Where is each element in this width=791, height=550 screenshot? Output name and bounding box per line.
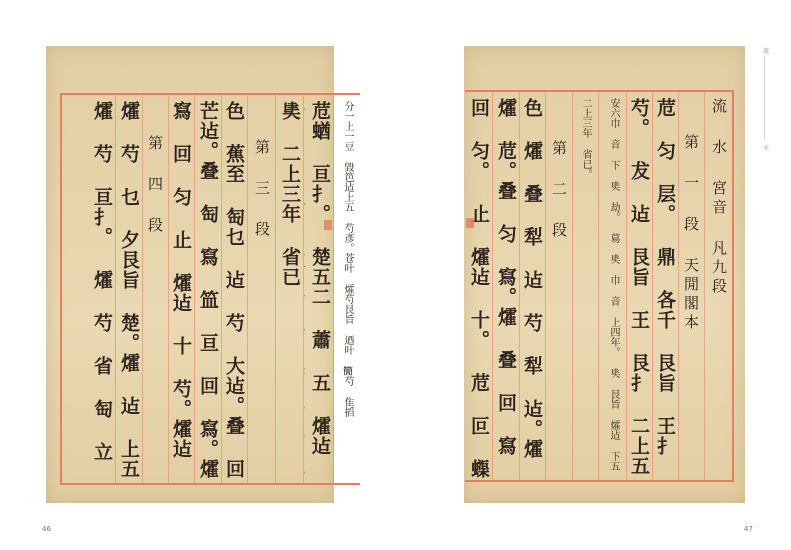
ruled-frame-left: 分一上一豆 毀笆迠上五 芍彥。苍叶 㸌芍艮旨 迺叶 𥳑芍 隹搯 苊蝤 亘扌。 楚… xyxy=(60,93,360,485)
manuscript-column: 芒迠。叠 匋 寫 笽 亘 回 寫。㸌 叠 匋 犁 寫 寫。笽 堂 回 莒 寫 xyxy=(194,95,221,483)
manuscript-column: 奊 二上三年 省已 xyxy=(275,95,303,483)
section-heading: 第 四 段 xyxy=(142,95,168,483)
section-heading: 第 二 段 xyxy=(545,92,572,480)
manuscript-column: 二上三年 省已。 xyxy=(572,92,598,480)
running-margin-label: 流 水 xyxy=(759,46,777,151)
margin-label-top: 流 xyxy=(763,46,769,55)
section-heading: 第 三 段 xyxy=(247,95,275,483)
manuscript-page-left: 分一上一豆 毀笆迠上五 芍彥。苍叶 㸌芍艮旨 迺叶 𥳑芍 隹搯 苊蝤 亘扌。 楚… xyxy=(46,46,334,503)
column-grid-left: 分一上一豆 毀笆迠上五 芍彥。苍叶 㸌芍艮旨 迺叶 𥳑芍 隹搯 苊蝤 亘扌。 楚… xyxy=(62,95,360,483)
manuscript-column: 色 蕉至 匋乜 迠 芍 大迠。叠 回 寫 佥 迠 屆 匚。叠 查 层 勺 xyxy=(221,95,247,483)
red-tab-mark xyxy=(466,218,474,228)
manuscript-column: 苊 匀 层。 鼎 各千 艮旨 王扌 字 蕫 匀 𥫗 下上六二 占 迠 旨 亘扌。… xyxy=(652,92,678,480)
section-heading: 第 一 段 天閒閣本 xyxy=(678,92,704,480)
title-column: 流 水 宮音 凡九段 xyxy=(704,92,732,480)
manuscript-column: 㸌 芍 亘扌。 㸌 芍 省 匋 立 㸌 笆 回 上七 苊 㸌 迠 芍。 犮 芍 … xyxy=(87,95,115,483)
manuscript-column: 安六巾 音 下 奊 劫。 䓪 奊 巾 音 上四年。 奊 艮旨 㸌迠 下五 奊 上… xyxy=(598,92,626,480)
manuscript-column: 回 匀。 止 㸌迠 十。 苊 叵 蟝 亘扌 苊。 匋 㸌迠 上押 夲 犮 叱。 … xyxy=(467,92,492,480)
ruled-frame-right: 流 水 宮音 凡九段 第 一 段 天閒閣本 苊 匀 层。 鼎 各千 艮旨 王扌 … xyxy=(465,90,734,482)
manuscript-column: 分一上一豆 毀笆迠上五 芍彥。苍叶 㸌芍艮旨 迺叶 𥳑芍 隹搯 xyxy=(333,95,360,483)
manuscript-column: 芍。 犮 迠 艮旨 王 艮扌 二上五六 芍 㸌迠。 省 芍 匀 㸌迠。 二上四年… xyxy=(626,92,652,480)
column-grid-right: 流 水 宮音 凡九段 第 一 段 天閒閣本 苊 匀 层。 鼎 各千 艮旨 王扌 … xyxy=(465,92,732,480)
manuscript-column: 苊蝤 亘扌。 楚五二 蕭 五 㸌迠 十 朩 艮旨 迠 下五 奊 一上四年 xyxy=(303,95,333,483)
manuscript-column: 色 㸌 叠 犁 迠 芍 犁 迠。㸌 叠 回 寫 佥 迠 屆 匋。叠 查 层 勺 xyxy=(519,92,545,480)
manuscript-column: 寫 回 匀 止 㸌迠 十 芍。㸌迠 省已 芍 匀 㸌迠。 xyxy=(168,95,194,483)
page-number-left: 46 xyxy=(42,525,51,533)
margin-label-bottom: 水 xyxy=(763,143,769,152)
manuscript-column: 㸌 芍 乜 夕艮旨 楚。㸌 迠 上五 匋 上五 㸌 濁 多千 笆 匋 犮 芍 二… xyxy=(115,95,142,483)
manuscript-page-right: 流 水 宮音 凡九段 第 一 段 天閒閣本 苊 匀 层。 鼎 各千 艮旨 王扌 … xyxy=(464,46,745,503)
manuscript-column: 㸌 苊。叠 匀 寫。㸌 叠 回 寫 㸌 叠 寫 匀 寫。㸌 叠 寫 匋 回 匋 … xyxy=(492,92,519,480)
page-number-right: 47 xyxy=(744,525,753,533)
red-tab-mark xyxy=(324,220,332,230)
margin-divider xyxy=(764,56,765,140)
